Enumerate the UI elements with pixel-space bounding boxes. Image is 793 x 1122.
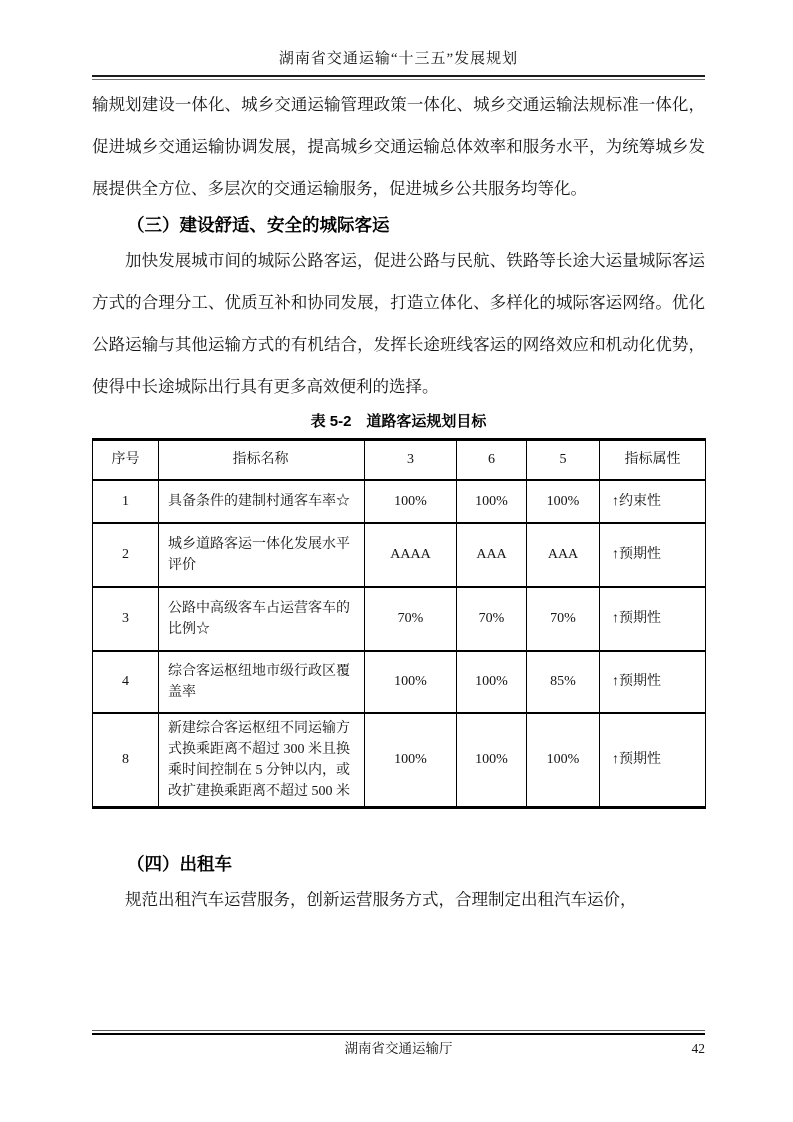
- footer-rule: [92, 1030, 705, 1035]
- table-row: 1 具备条件的建制村通客车率☆ 100% 100% 100% ↑约束性: [93, 480, 706, 523]
- footer-row: 湖南省交通运输厅 42: [92, 1039, 705, 1059]
- table-header-row: 序号 指标名称 3 6 5 指标属性: [93, 440, 706, 480]
- page-header: 湖南省交通运输“十三五”发展规划: [92, 0, 705, 80]
- cell-index: 2: [93, 523, 159, 587]
- cell-attribute: ↑预期性: [600, 587, 706, 651]
- cell-value: 100%: [365, 480, 457, 523]
- body-paragraph-taxi: 规范出租汽车运营服务，创新运营服务方式，合理制定出租汽车运价，: [92, 879, 705, 921]
- section-heading-4: （四）出租车: [92, 849, 705, 879]
- cell-value: 100%: [527, 713, 600, 808]
- cell-attribute: ↑预期性: [600, 523, 706, 587]
- cell-attribute: ↑约束性: [600, 480, 706, 523]
- page-content: 湖南省交通运输“十三五”发展规划 输规划建设一体化、城乡交通运输管理政策一体化、…: [92, 0, 705, 921]
- header-title: 湖南省交通运输“十三五”发展规划: [92, 48, 705, 70]
- col-header-indicator: 指标名称: [159, 440, 365, 480]
- table-row: 4 综合客运枢纽地市级行政区覆盖率 100% 100% 85% ↑预期性: [93, 651, 706, 713]
- cell-value: 85%: [527, 651, 600, 713]
- table-caption: 表 5-2 道路客运规划目标: [92, 410, 705, 434]
- col-header-v1: 3: [365, 440, 457, 480]
- table-row: 3 公路中高级客车占运营客车的比例☆ 70% 70% 70% ↑预期性: [93, 587, 706, 651]
- road-passenger-goals-table: 序号 指标名称 3 6 5 指标属性 1 具备条件的建制村通客车率☆ 100% …: [92, 438, 706, 809]
- section-heading-3: （三）建设舒适、安全的城际客运: [92, 210, 705, 240]
- cell-indicator: 公路中高级客车占运营客车的比例☆: [159, 587, 365, 651]
- document-page: 湖南省交通运输“十三五”发展规划 输规划建设一体化、城乡交通运输管理政策一体化、…: [0, 0, 793, 1122]
- cell-indicator: 综合客运枢纽地市级行政区覆盖率: [159, 651, 365, 713]
- cell-indicator: 城乡道路客运一体化发展水平评价: [159, 523, 365, 587]
- cell-value: AAAA: [365, 523, 457, 587]
- cell-index: 3: [93, 587, 159, 651]
- cell-indicator: 新建综合客运枢纽不同运输方式换乘距离不超过 300 米且换乘时间控制在 5 分钟…: [159, 713, 365, 808]
- cell-index: 8: [93, 713, 159, 808]
- footer-org: 湖南省交通运输厅: [345, 1041, 453, 1056]
- cell-value: AAA: [457, 523, 527, 587]
- table-row: 8 新建综合客运枢纽不同运输方式换乘距离不超过 300 米且换乘时间控制在 5 …: [93, 713, 706, 808]
- cell-value: 70%: [365, 587, 457, 651]
- cell-value: 100%: [365, 651, 457, 713]
- col-header-v3: 5: [527, 440, 600, 480]
- cell-value: AAA: [527, 523, 600, 587]
- cell-value: 70%: [527, 587, 600, 651]
- col-header-attribute: 指标属性: [600, 440, 706, 480]
- col-header-v2: 6: [457, 440, 527, 480]
- cell-indicator: 具备条件的建制村通客车率☆: [159, 480, 365, 523]
- cell-value: 70%: [457, 587, 527, 651]
- cell-value: 100%: [457, 713, 527, 808]
- body-paragraph-intercity: 加快发展城市间的城际公路客运，促进公路与民航、铁路等长途大运量城际客运方式的合理…: [92, 240, 705, 408]
- header-rule: [92, 75, 705, 80]
- page-number: 42: [692, 1039, 706, 1059]
- cell-index: 4: [93, 651, 159, 713]
- cell-value: 100%: [457, 480, 527, 523]
- cell-value: 100%: [527, 480, 600, 523]
- cell-index: 1: [93, 480, 159, 523]
- cell-attribute: ↑预期性: [600, 651, 706, 713]
- page-footer: 湖南省交通运输厅 42: [92, 1030, 705, 1059]
- cell-value: 100%: [365, 713, 457, 808]
- table-row: 2 城乡道路客运一体化发展水平评价 AAAA AAA AAA ↑预期性: [93, 523, 706, 587]
- col-header-index: 序号: [93, 440, 159, 480]
- cell-value: 100%: [457, 651, 527, 713]
- cell-attribute: ↑预期性: [600, 713, 706, 808]
- body-paragraph-continuation: 输规划建设一体化、城乡交通运输管理政策一体化、城乡交通运输法规标准一体化，促进城…: [92, 84, 705, 210]
